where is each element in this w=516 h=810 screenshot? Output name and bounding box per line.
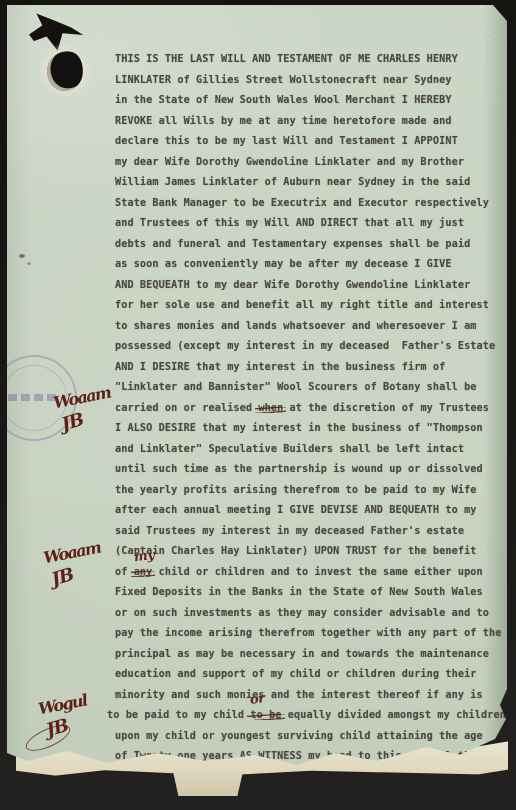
document-line: possessed (except my interest in my dece… [115, 337, 515, 358]
document-line: William James Linklater of Auburn near S… [115, 173, 515, 194]
document-line: Fixed Deposits in the Banks in the State… [115, 583, 515, 604]
photo-background: { "document": { "kind": "typed last will… [0, 0, 516, 810]
document-line: State Bank Manager to be Executrix and E… [115, 194, 515, 215]
typed-text: THIS IS THE LAST WILL AND TESTAMENT OF M… [115, 50, 515, 768]
margin-annotation: Wogul JB [38, 695, 87, 736]
document-line: "Linklater and Bannister" Wool Scourers … [115, 378, 515, 399]
document-line: minority and such monies and the interes… [115, 686, 515, 707]
struck-word: any [134, 563, 153, 584]
document-line: pay the income arising therefrom togethe… [115, 624, 515, 645]
handwritten-insert: my [133, 547, 155, 564]
document-line: education and support of my child or chi… [115, 665, 515, 686]
document-line: I ALSO DESIRE that my interest in the bu… [115, 419, 515, 440]
document-line: REVOKE all Wills by me at any time heret… [115, 112, 515, 133]
document-line: AND I DESIRE that my interest in the bus… [115, 358, 515, 379]
document-line: LINKLATER of Gillies Street Wollstonecra… [115, 71, 515, 92]
document-line: after each annual meeting I GIVE DEVISE … [115, 501, 515, 522]
ink-speck [27, 262, 31, 265]
document-line: of anymy child or children and to invest… [115, 563, 515, 584]
document-line: and Trustees of this my Will AND DIRECT … [115, 214, 515, 235]
document-line: principal as may be necessary in and tow… [115, 645, 515, 666]
document-line: to be paid to my child to beor equally d… [107, 706, 515, 727]
document-line: or on such investments as they may consi… [115, 604, 515, 625]
document-line: AND BEQUEATH to my dear Wife Dorothy Gwe… [115, 276, 515, 297]
will-document-page: THIS IS THE LAST WILL AND TESTAMENT OF M… [7, 5, 508, 791]
document-line: THIS IS THE LAST WILL AND TESTAMENT OF M… [115, 50, 515, 71]
stamp-date-line [8, 394, 56, 401]
document-line: until such time as the partnership is wo… [115, 460, 515, 481]
struck-word: to be [250, 706, 281, 727]
document-line: my dear Wife Dorothy Gwendoline Linklate… [115, 153, 515, 174]
document-line: carried on or realised when at the discr… [115, 399, 515, 420]
document-line: (Captain Charles Hay Linklater) UPON TRU… [115, 542, 515, 563]
struck-word: when [258, 399, 283, 420]
document-line: debts and funeral and Testamentary expen… [115, 235, 515, 256]
margin-annotation: Woaam JB [43, 543, 101, 584]
document-line: declare this to be my last Will and Test… [115, 132, 515, 153]
document-line: as soon as conveniently may be after my … [115, 255, 515, 276]
document-line: said Trustees my interest in my deceased… [115, 522, 515, 543]
document-line: in the State of New South Wales Wool Mer… [115, 91, 515, 112]
document-line: upon my child or youngest surviving chil… [115, 727, 515, 748]
handwritten-insert: or [250, 691, 266, 708]
document-line: for her sole use and benefit all my righ… [115, 296, 515, 317]
ink-speck [19, 254, 25, 258]
document-line: and Linklater" Speculative Builders shal… [115, 440, 515, 461]
document-line: the yearly profits arising therefrom to … [115, 481, 515, 502]
margin-annotation: Woaam JB [53, 388, 111, 429]
document-line: to shares monies and lands whatsoever an… [115, 317, 515, 338]
